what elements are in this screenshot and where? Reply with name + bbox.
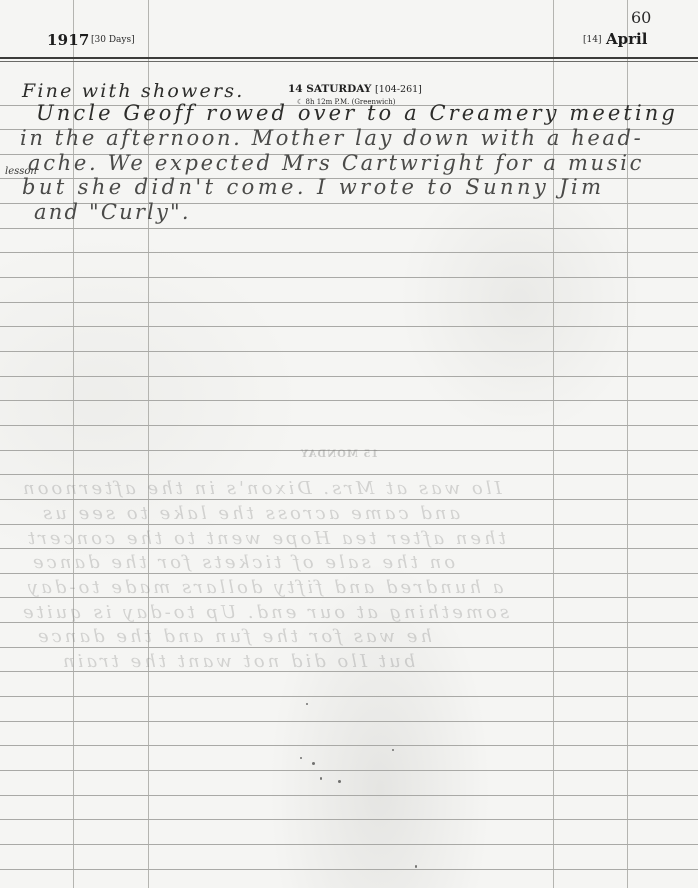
ruled-line bbox=[0, 499, 698, 500]
ruled-line bbox=[0, 721, 698, 722]
ruled-line bbox=[0, 302, 698, 303]
ruled-line bbox=[0, 696, 698, 697]
handwriting-line: and "Curly". bbox=[34, 200, 191, 224]
ink-speck bbox=[300, 757, 302, 759]
page-number: 60 bbox=[631, 8, 651, 27]
handwriting-line: but she didn't come. I wrote to Sunny Ji… bbox=[22, 175, 604, 199]
ruled-line bbox=[0, 474, 698, 475]
ruled-line bbox=[0, 400, 698, 401]
month-label: April bbox=[606, 30, 647, 48]
ruled-line bbox=[0, 326, 698, 327]
ruled-line bbox=[0, 844, 698, 845]
bleed-through-line: then after tea Hope went to the concert bbox=[25, 528, 506, 549]
ink-speck bbox=[392, 749, 394, 751]
ink-speck bbox=[338, 780, 341, 783]
ruled-line bbox=[0, 795, 698, 796]
diary-page: 1917 [30 Days] 60 [14] April 14 SATURDAY… bbox=[0, 0, 698, 888]
ruled-line bbox=[0, 351, 698, 352]
ruled-line bbox=[0, 869, 698, 870]
handwriting-line: ache. We expected Mrs Cartwright for a m… bbox=[28, 151, 644, 175]
bleed-through-line: he was for the fun and the dance bbox=[35, 626, 432, 647]
ruled-line bbox=[0, 647, 698, 648]
bleed-through-line: something at our end. Up to-day is quite bbox=[20, 602, 509, 623]
bleed-through-line: and came across the lake to see us bbox=[40, 503, 460, 524]
ruled-line bbox=[0, 425, 698, 426]
ink-speck bbox=[312, 762, 315, 765]
bleed-through-line: Ilo was at Mrs. Dixon's in the afternoon bbox=[20, 478, 502, 499]
ruled-line bbox=[0, 228, 698, 229]
bleed-through-line: but Ilo did not want the train bbox=[60, 651, 415, 672]
header-rule bbox=[0, 57, 698, 59]
bleed-through-heading: 15 MONDAY bbox=[300, 449, 378, 460]
ruled-line bbox=[0, 745, 698, 746]
handwriting-line: Uncle Geoff rowed over to a Creamery mee… bbox=[36, 101, 678, 125]
bleed-through-line: on the sale of tickets for the dance bbox=[30, 552, 455, 573]
ruled-line bbox=[0, 770, 698, 771]
ruled-line bbox=[0, 819, 698, 820]
month-days-label: [30 Days] bbox=[91, 35, 135, 45]
entry-day-range: [104-261] bbox=[375, 84, 422, 95]
handwriting-line: Fine with showers. bbox=[22, 80, 244, 102]
ruled-line bbox=[0, 573, 698, 574]
entry-day-label: 14 SATURDAY bbox=[288, 83, 371, 95]
ruled-line bbox=[0, 277, 698, 278]
entry-date-heading: 14 SATURDAY [104-261] bbox=[288, 83, 422, 95]
day-index-label: [14] bbox=[583, 35, 601, 45]
ink-speck bbox=[320, 777, 322, 780]
handwriting-line: in the afternoon. Mother lay down with a… bbox=[20, 126, 643, 150]
ruled-line bbox=[0, 376, 698, 377]
year-label: 1917 bbox=[47, 31, 90, 49]
ink-speck bbox=[306, 703, 308, 705]
ruled-line bbox=[0, 252, 698, 253]
ruled-line bbox=[0, 524, 698, 525]
ink-speck bbox=[415, 865, 417, 868]
bleed-through-line: a hundred and fifty dollars made to-day bbox=[25, 577, 503, 598]
header-rule bbox=[0, 61, 698, 62]
